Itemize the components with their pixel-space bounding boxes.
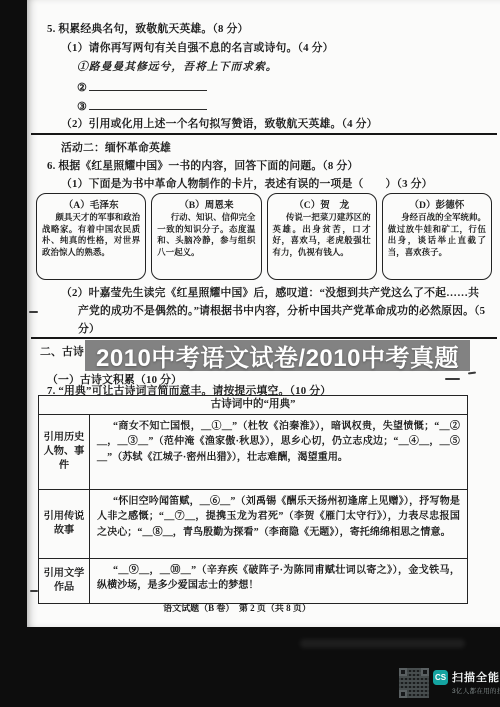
activity-2-heading: 活动二：缅怀革命英雄: [61, 140, 171, 155]
row-2-content: “怀旧空吟闻笛赋，＿⑥＿”（刘禹锡《酬乐天扬州初逢席上见赠》），抒写物是人非之感…: [90, 490, 467, 558]
card-a-title: （A）毛泽东: [42, 197, 140, 211]
question-5-1: （1）请你再写两句有关自强不息的名言或诗句。（4 分）: [61, 40, 334, 55]
card-option-a: （A）毛泽东 颇具天才的军事和政治战略家。有着中国农民质朴、纯真的性格，对世界政…: [36, 193, 146, 280]
card-d-body: 身经百战的全军统帅。做过放牛娃和矿工，行伍出身，谈话举止直截了当，喜欢孩子。: [388, 212, 486, 258]
table-row: 引用传说故事 “怀旧空吟闻笛赋，＿⑥＿”（刘禹锡《酬乐天扬州初逢席上见赠》），抒…: [39, 490, 467, 559]
question-6-1: （1）下面是为书中革命人物制作的卡片，表述有误的一项是（ ）（3 分）: [61, 176, 433, 191]
card-option-c: （C）贺 龙 传说一把菜刀建苏区的英雄。出身贫苦，口才好，喜欢马，老虎般强壮有力…: [267, 193, 377, 280]
card-option-b: （B）周恩来 行动、知识、信仰完全一致的知识分子。态度温和、头脑冷静，参与组织八…: [151, 193, 261, 280]
faint-watermark: [300, 639, 465, 648]
scan-app-footer: CS 扫描全能王 3亿人都在用的扫描App: [0, 627, 500, 707]
page-footer: 语文试题（B 卷） 第 2 页（共 8 页）: [27, 601, 447, 614]
scanner-app-tagline: 3亿人都在用的扫描App: [452, 686, 500, 695]
qr-finder-mark: [399, 668, 407, 676]
handwritten-answer-1: ①路曼曼其修远兮，吾将上下而求索。: [77, 59, 278, 74]
qr-finder-mark: [421, 668, 429, 676]
scan-artifact: [29, 311, 38, 313]
card-c-body: 传说一把菜刀建苏区的英雄。出身贫苦，口才好，喜欢马，老虎般强壮有力，仇视有钱人。: [273, 212, 371, 258]
blank-2-label: ②: [77, 82, 87, 94]
card-option-d: （D）彭德怀 身经百战的全军统帅。做过放牛娃和矿工，行伍出身，谈话举止直截了当，…: [382, 193, 492, 280]
blank-2-line: [89, 79, 207, 91]
watermark-banner: 2010中考语文试卷/2010中考真题: [85, 340, 470, 371]
blank-3-line: [89, 98, 207, 110]
card-b-body: 行动、知识、信仰完全一致的知识分子。态度温和、头脑冷静，参与组织八一起义。: [157, 212, 255, 258]
camscanner-logo-icon: CS: [433, 670, 448, 685]
answer-blank-2: ②: [77, 79, 207, 94]
character-cards: （A）毛泽东 颇具天才的军事和政治战略家。有着中国农民质朴、纯真的性格，对世界政…: [36, 193, 492, 280]
watermark-banner-text: 2010中考语文试卷/2010中考真题: [96, 338, 459, 373]
table-row: 引用文学作品 “＿⑨＿，＿⑩＿”（辛弃疾《破阵子·为陈同甫赋壮词以寄之》），金戈…: [39, 559, 467, 603]
scan-artifact: [468, 371, 476, 374]
card-b-title: （B）周恩来: [157, 197, 255, 211]
row-1-label: 引用历史人物、事件: [39, 415, 90, 489]
allusion-table-header: 古诗词中的“用典”: [39, 396, 467, 415]
table-row: 引用历史人物、事件 “商女不知亡国恨，＿①＿”（杜牧《泊秦淮》），暗讽权贵，失望…: [39, 415, 467, 490]
row-1-content: “商女不知亡国恨，＿①＿”（杜牧《泊秦淮》），暗讽权贵，失望愤慨；“＿②＿，＿③…: [90, 415, 467, 489]
scan-artifact: [30, 590, 38, 592]
question-5-2: （2）引用或化用上述一个名句拟写赞语，致敬航天英雄。（4 分）: [61, 116, 378, 131]
scanner-app-name: 扫描全能王: [452, 669, 500, 685]
exam-paper-page: 5. 积累经典名句，致敬航天英雄。（8 分） （1）请你再写两句有关自强不息的名…: [27, 0, 500, 627]
question-6-title: 6. 根据《红星照耀中国》一书的内容，回答下面的问题。（8 分）: [47, 158, 358, 173]
scan-artifact: [445, 378, 460, 380]
card-d-title: （D）彭德怀: [388, 197, 486, 211]
question-5-title: 5. 积累经典名句，致敬航天英雄。（8 分）: [47, 21, 248, 36]
question-6-2: （2）叶嘉莹先生读完《红星照耀中国》后，感叹道：“没想到共产党这么了不起……共产…: [61, 284, 490, 338]
section-2-heading: 二、古诗: [40, 344, 84, 359]
section-divider-1: [31, 133, 497, 135]
qr-code: [399, 668, 429, 698]
qr-finder-mark: [399, 690, 407, 698]
row-3-content: “＿⑨＿，＿⑩＿”（辛弃疾《破阵子·为陈同甫赋壮词以寄之》），金戈铁马，纵横沙场…: [90, 559, 467, 603]
row-2-label: 引用传说故事: [39, 490, 90, 558]
blank-3-label: ③: [77, 101, 87, 113]
allusion-table: 古诗词中的“用典” 引用历史人物、事件 “商女不知亡国恨，＿①＿”（杜牧《泊秦淮…: [38, 395, 468, 604]
answer-blank-3: ③: [77, 98, 207, 113]
card-c-title: （C）贺 龙: [273, 197, 371, 211]
card-a-body: 颇具天才的军事和政治战略家。有着中国农民质朴、纯真的性格，对世界政治惊人的熟悉。: [42, 212, 140, 258]
screenshot-root: 5. 积累经典名句，致敬航天英雄。（8 分） （1）请你再写两句有关自强不息的名…: [0, 0, 500, 707]
row-3-label: 引用文学作品: [39, 559, 90, 603]
